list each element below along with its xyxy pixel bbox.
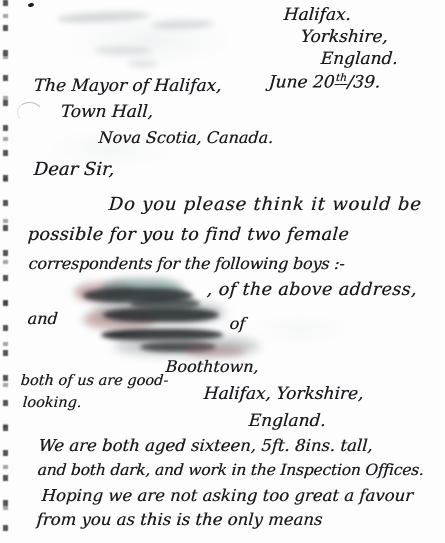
body-line-2: possible for you to find two female	[27, 226, 350, 245]
body-line-5: and both dark, and work in the Inspectio…	[37, 462, 424, 479]
bleed-through-mark	[152, 19, 214, 30]
scan-binding-edge	[3, 0, 8, 543]
date-suffix: /39.	[347, 73, 381, 93]
body-line-6: Hoping we are not asking too great a fav…	[41, 487, 414, 505]
recipient-line-3: Nova Scotia, Canada.	[98, 129, 274, 147]
boys-address-line-3: England.	[248, 412, 326, 431]
boys-address-line-2: Halifax, Yorkshire,	[203, 385, 364, 404]
recipient-line-1: The Mayor of Halifax,	[33, 77, 222, 96]
preposition-of: of	[229, 315, 246, 333]
sender-address-line-3: England.	[320, 50, 398, 69]
bleed-through-mark	[128, 60, 158, 68]
ink-spot	[28, 2, 35, 7]
bleed-through-mark	[95, 46, 153, 55]
body-line-3: correspondents for the following boys :-	[28, 255, 345, 273]
bleed-through-mark	[58, 10, 150, 25]
recipient-line-2: Town Hall,	[60, 103, 154, 122]
conjunction-and: and	[27, 310, 58, 328]
sender-address-line-2: Yorkshire,	[300, 28, 388, 47]
body-line-4: We are both aged sixteen, 5ft. 8ins. tal…	[38, 437, 373, 455]
scanned-letter-page: Halifax. Yorkshire, England. June 20th/3…	[0, 0, 445, 543]
date-ordinal-superscript: th	[334, 72, 348, 85]
aside-line-2: looking.	[22, 396, 82, 412]
letter-date: June 20th/39.	[268, 73, 381, 92]
faint-pencil-arc	[16, 100, 45, 125]
salutation: Dear Sir,	[33, 160, 115, 180]
body-line-1: Do you please think it would be	[108, 195, 422, 215]
boys-address-line-1: Boothtown,	[165, 358, 259, 376]
sender-address-line-1: Halifax.	[283, 6, 352, 25]
body-line-7: from you as this is the only means	[36, 511, 323, 529]
date-main: June 20	[268, 73, 335, 93]
aside-line-1: both of us are good-	[20, 374, 169, 390]
after-first-name-text: , of the above address,	[206, 281, 418, 300]
